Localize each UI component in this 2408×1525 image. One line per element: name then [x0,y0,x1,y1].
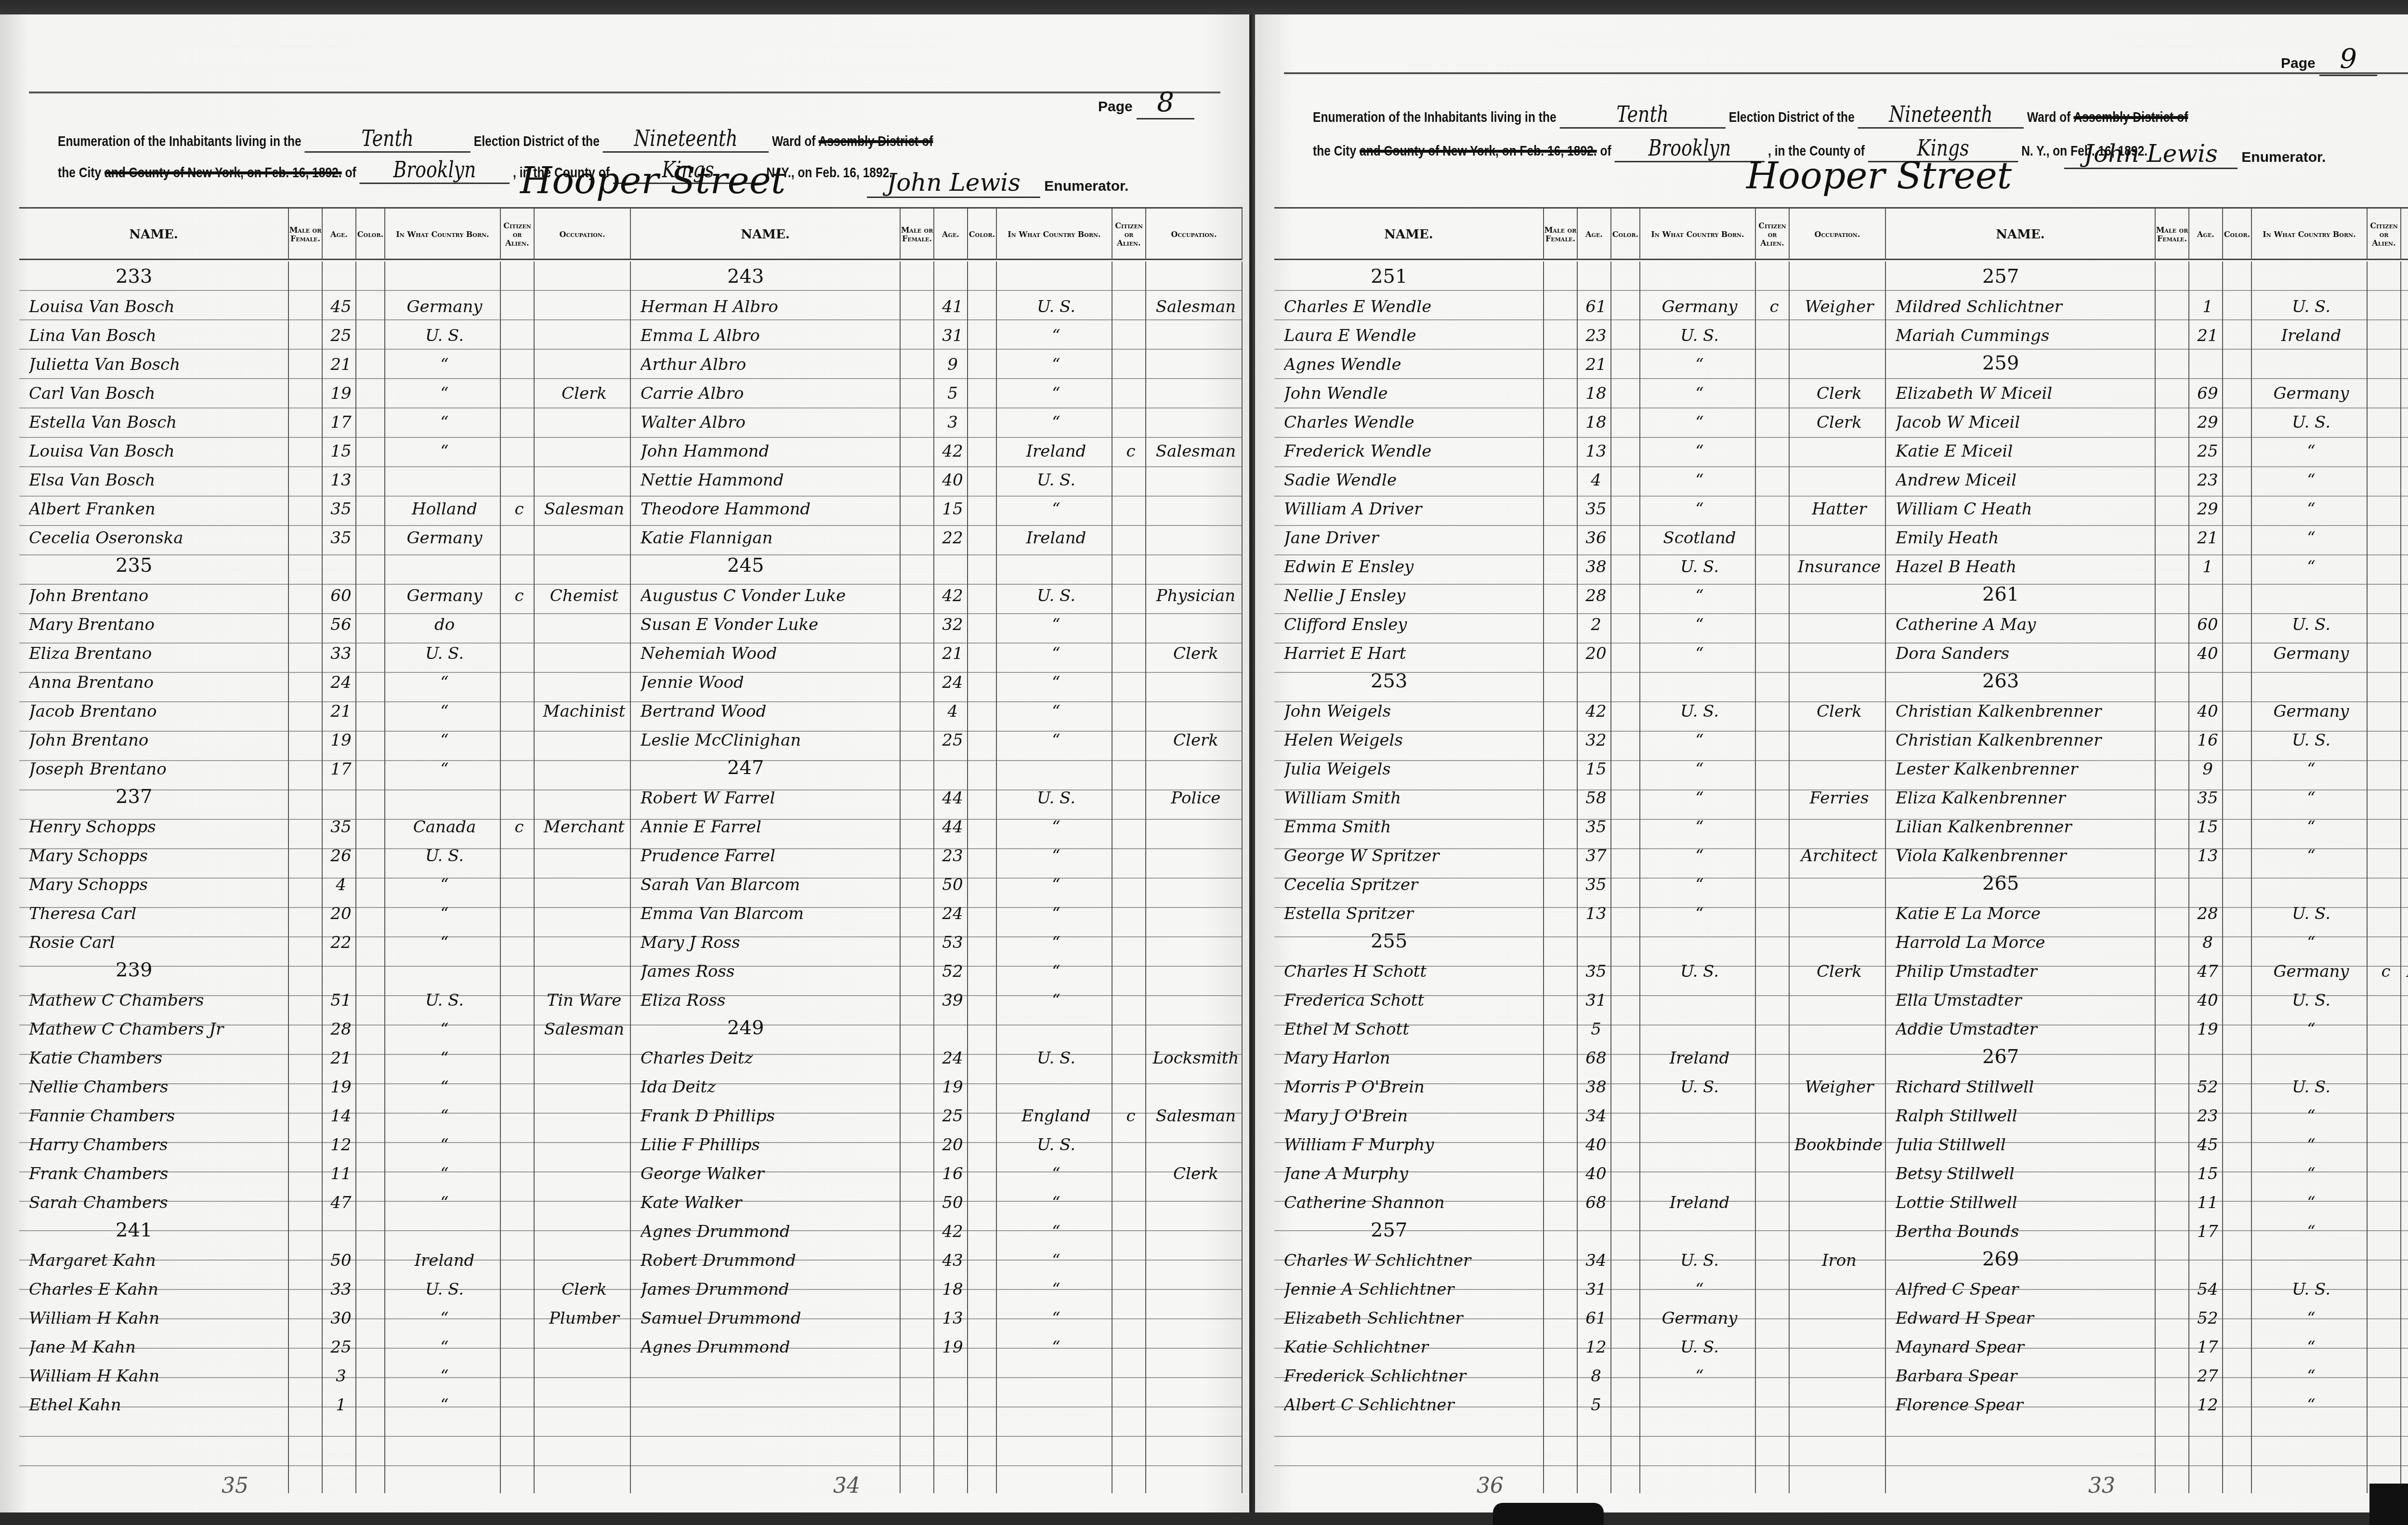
person-row: Harry Chambers12“ [19,1129,631,1157]
dwelling-number: 259 [1982,352,2019,374]
person-row: Louisa Van Bosch45Germany [19,290,631,319]
cell-age: 25 [939,731,966,750]
column-headers: NAME.Male or Female.Age.Color.In What Co… [631,207,1243,260]
cell-name: Nellie Chambers [29,1078,292,1097]
person-row: Ella Umstadter40U. S. [1886,984,2408,1013]
cell-age: 9 [2194,760,2221,779]
cell-age: 13 [327,471,354,490]
dwelling-number-row: 261 [1886,579,2408,608]
person-row: William H Kahn3“ [19,1360,631,1389]
cell-name: Frank D Phillips [641,1106,903,1126]
cell-name: Eliza Brentano [29,644,292,663]
cell-name: Elizabeth W Miceil [1896,384,2159,403]
cell-name: Nettie Hammond [641,471,903,490]
cell-country: “ [390,702,499,721]
cell-name: Robert W Farrel [641,789,903,808]
cell-age: 40 [1583,1135,1610,1155]
person-row: John Weigels42U. S.Clerk [1274,695,1886,724]
cell-occupation: Tin Ware [539,991,629,1010]
person-row: Mariah Cummings21Ireland [1886,319,2408,348]
dwelling-number: 245 [727,554,764,577]
cell-age: 25 [327,326,354,345]
cell-age: 45 [327,297,354,316]
cell-age: 40 [2194,702,2221,721]
cell-age: 42 [939,586,966,605]
cell-name: Julia Weigels [1284,760,1547,779]
person-row: Elizabeth Schlichtner61Germany [1274,1302,1886,1331]
cell-country: Germany [390,528,499,548]
cell-country: “ [1645,789,1754,808]
cell-name: Frank Chambers [29,1164,292,1183]
column-header-country: In What Country Born. [385,209,501,260]
cell-age: 29 [2194,500,2221,519]
cell-age: 61 [1583,1309,1610,1328]
person-row: Sarah Van Blarcom50“ [631,868,1243,897]
cell-name: Julia Stillwell [1896,1135,2159,1155]
person-row: Charles H Schott35U. S.Clerk [1274,955,1886,984]
cell-country: U. S. [1002,586,1111,605]
cell-country: “ [390,1367,499,1386]
cell-citizen: c [1761,297,1788,316]
cell-name: Charles E Wendle [1284,297,1547,316]
enumerator-line: John Lewis Enumerator. [867,169,1128,198]
cell-country: “ [1002,500,1111,519]
cell-age: 50 [939,1193,966,1212]
person-row: Walter Albro3“ [631,406,1243,435]
cell-occupation: Salesman [2406,500,2408,519]
cell-name: Florence Spear [1896,1395,2159,1415]
cell-name: Katie Flannigan [641,528,903,548]
cell-name: Nellie J Ensley [1284,586,1547,605]
dwelling-number: 247 [727,757,764,779]
binder-clip [1493,1503,1604,1525]
person-row: Eliza Ross39“ [631,984,1243,1013]
cell-name: Lottie Stillwell [1896,1193,2159,1212]
cell-name: Ida Deitz [641,1078,903,1097]
cell-age: 23 [2194,1106,2221,1126]
cell-name: Mary J O'Brein [1284,1106,1547,1126]
person-row: Sadie Wendle4“ [1274,464,1886,493]
cell-name: Robert Drummond [641,1251,903,1270]
person-row: Frederick Schlichtner8“ [1274,1360,1886,1389]
cell-age: 35 [1583,500,1610,519]
person-row: Bertrand Wood4“ [631,695,1243,724]
cell-name: Emma Smith [1284,817,1547,837]
person-row: Jacob Brentano21“Machinist [19,695,631,724]
cell-age: 52 [939,962,966,981]
person-row: Elizabeth W Miceil69Germany [1886,377,2408,406]
column-header-sex: Male or Female. [1544,209,1578,260]
cell-country: “ [390,1164,499,1183]
cell-name: Mathew C Chambers Jr [29,1020,292,1039]
cell-age: 41 [939,297,966,316]
cell-country: “ [2257,1193,2366,1212]
ledger-table: NAME.Male or Female.Age.Color.In What Co… [1274,207,2408,1493]
cell-occupation: Insurance [1794,557,1884,577]
person-row: Julia Stillwell45“ [1886,1129,2408,1157]
cell-country: “ [2257,557,2366,577]
cell-name: Mary Schopps [29,875,292,894]
cell-age: 3 [939,413,966,432]
person-row: Nehemiah Wood21“Clerk [631,637,1243,666]
cell-name: Charles H Schott [1284,962,1547,981]
page-column-total: 35 [222,1473,249,1498]
column-header-color: Color. [356,209,385,260]
cell-name: Dora Sanders [1896,644,2159,663]
person-row: Mary Harlon68Ireland [1274,1042,1886,1071]
column-header-occupation: Occupation. [1146,209,1243,260]
person-row: Susan E Vonder Luke32“ [631,608,1243,637]
person-row: Mary Schopps26U. S. [19,840,631,868]
column-header-occupation: Occupation. [535,209,631,260]
person-row: Agnes Drummond19“ [631,1331,1243,1360]
cell-country: “ [1002,817,1111,837]
cell-country: “ [2257,1020,2366,1039]
dwelling-number: 237 [116,786,152,808]
left-page: Page 8 Enumeration of the Inhabitants li… [0,14,1252,1512]
cell-name: Julietta Van Bosch [29,355,292,374]
cell-name: Estella Spritzer [1284,904,1547,923]
cell-age: 50 [327,1251,354,1270]
person-row: Robert W Farrel44U. S.Police [631,782,1243,811]
cell-country: “ [2257,1367,2366,1386]
cell-country: Ireland [1002,442,1111,461]
cell-age: 13 [939,1309,966,1328]
cell-occupation: Salesman [539,1020,629,1039]
cell-name: Samuel Drummond [641,1309,903,1328]
person-row: Herman H Albro41U. S.Salesman [631,290,1243,319]
cell-age: 34 [1583,1251,1610,1270]
cell-country: “ [1002,904,1111,923]
cell-age: 40 [2194,991,2221,1010]
person-row: William C Heath29“Salesman [1886,493,2408,522]
cell-country: “ [1645,615,1754,634]
cell-country: “ [1002,1338,1111,1357]
cell-country: “ [1002,615,1111,634]
column-header-country: In What Country Born. [1640,209,1756,260]
cell-age: 20 [1583,644,1610,663]
dwelling-number: 249 [727,1017,764,1039]
cell-age: 22 [939,528,966,548]
cell-country: U. S. [1002,1049,1111,1068]
column-headers: NAME.Male or Female.Age.Color.In What Co… [19,207,631,260]
person-row: Nellie J Ensley28“ [1274,579,1886,608]
cell-occupation: Clerk [2406,731,2408,750]
cell-name: Addie Umstadter [1896,1020,2159,1039]
cell-age: 60 [2194,615,2221,634]
cell-country: U. S. [390,644,499,663]
cell-age: 69 [2194,384,2221,403]
enumerator-name: John Lewis [867,169,1040,198]
person-row: Andrew Miceil23“Butcher [1886,464,2408,493]
person-row: Katie E Miceil25“ [1886,435,2408,464]
cell-age: 24 [939,1049,966,1068]
cell-age: 32 [1583,731,1610,750]
dwelling-number-row: 241 [19,1215,631,1244]
cell-country: “ [1645,846,1754,866]
cell-age: 17 [2194,1222,2221,1241]
column-header-citizen: Citizen or Alien. [1112,209,1146,260]
cell-country: U. S. [1645,1078,1754,1097]
cell-occupation: Clerk [539,1280,629,1299]
cell-name: Sadie Wendle [1284,471,1547,490]
cell-name: Harrold La Morce [1896,933,2159,952]
cell-country: “ [1002,1280,1111,1299]
cell-occupation: Architect [1794,846,1884,866]
person-row: John Wendle18“Clerk [1274,377,1886,406]
cell-age: 12 [1583,1338,1610,1357]
cell-age: 15 [2194,1164,2221,1183]
dwelling-number-row: 247 [631,753,1243,782]
dwelling-number: 243 [727,265,764,288]
cell-name: Margaret Kahn [29,1251,292,1270]
cell-age: 24 [939,673,966,692]
dwelling-number-row: 263 [1886,666,2408,695]
cell-name: John Hammond [641,442,903,461]
cell-name: Ethel M Schott [1284,1020,1547,1039]
person-row: Eliza Brentano33U. S. [19,637,631,666]
ward-value: Nineteenth [1858,101,2024,129]
person-row: Catherine A May60U. S. [1886,608,2408,637]
cell-name: Harry Chambers [29,1135,292,1155]
person-row: Rosie Carl22“ [19,926,631,955]
cell-age: 19 [939,1338,966,1357]
dwelling-number: 251 [1371,265,1407,288]
cell-age: 35 [1583,875,1610,894]
cell-age: 25 [327,1338,354,1357]
cell-country: “ [1645,731,1754,750]
cell-age: 38 [1583,1078,1610,1097]
person-row: Elsa Van Bosch13 [19,464,631,493]
cell-country: “ [390,1395,499,1415]
cell-age: 11 [327,1164,354,1183]
cell-country: Germany [1645,1309,1754,1328]
cell-name: Charles Deitz [641,1049,903,1068]
cell-country: “ [1002,933,1111,952]
page-column-total: 33 [2088,1473,2115,1498]
cell-age: 29 [2194,413,2221,432]
cell-age: 42 [939,442,966,461]
person-row: John Hammond42IrelandcSalesman [631,435,1243,464]
cell-country: Scotland [1645,528,1754,548]
column-header-color: Color. [968,209,997,260]
cell-country: “ [1002,326,1111,345]
cell-age: 26 [327,846,354,866]
cell-name: Rosie Carl [29,933,292,952]
person-row: Leslie McClinighan25“Clerk [631,724,1243,753]
cell-age: 27 [2194,1367,2221,1386]
dwelling-number-row: 245 [631,551,1243,579]
person-row: Ethel Kahn1“ [19,1389,631,1418]
person-row: Barbara Spear27“ [1886,1360,2408,1389]
column-header-country: In What Country Born. [2252,209,2368,260]
person-row: Margaret Kahn50Ireland [19,1244,631,1273]
column-header-age: Age. [323,209,356,260]
cell-age: 53 [939,933,966,952]
cell-name: John Wendle [1284,384,1547,403]
cell-occupation: Physician [1151,586,1241,605]
person-row: George W Spritzer37“Architect [1274,840,1886,868]
person-row: William A Driver35“Hatter [1274,493,1886,522]
cell-country: U. S. [390,326,499,345]
cell-country: “ [2257,1164,2366,1183]
person-row: Harriet E Hart20“ [1274,637,1886,666]
cell-age: 36 [1583,528,1610,548]
column-header-occupation: Occupation. [2401,209,2408,260]
cell-country: Germany [2257,702,2366,721]
dwelling-number-row: 267 [1886,1042,2408,1071]
dwelling-number-row: 251 [1274,262,1886,290]
cell-name: Frederick Schlichtner [1284,1367,1547,1386]
person-row: Mary Schopps4“ [19,868,631,897]
cell-country: “ [1002,1164,1111,1183]
cell-name: Katie Schlichtner [1284,1338,1547,1357]
person-row: Fannie Chambers14“ [19,1100,631,1129]
cell-country: “ [1645,471,1754,490]
cell-occupation: Japanner [2406,702,2408,721]
cell-name: James Ross [641,962,903,981]
cell-name: Jane Driver [1284,528,1547,548]
cell-country: “ [1645,904,1754,923]
person-row: Estella Spritzer13“ [1274,897,1886,926]
cell-country: Ireland [1645,1193,1754,1212]
cell-name: Susan E Vonder Luke [641,615,903,634]
person-row: Frank D Phillips25EnglandcSalesman [631,1100,1243,1129]
dwelling-number: 233 [116,265,152,288]
cell-country: “ [390,1049,499,1068]
cell-name: Mildred Schlichtner [1896,297,2159,316]
person-row: Lottie Stillwell11“ [1886,1186,2408,1215]
person-row: Charles Deitz24U. S.Locksmith [631,1042,1243,1071]
street-name: Hooper Street [520,159,785,202]
dwelling-number-row: 243 [631,262,1243,290]
cell-country: Canada [390,817,499,837]
column-headers: NAME.Male or Female.Age.Color.In What Co… [1886,207,2408,260]
cell-age: 44 [939,789,966,808]
cell-country: U. S. [2257,731,2366,750]
person-row: Edwin E Ensley38U. S.Insurance [1274,551,1886,579]
cell-country: “ [1645,442,1754,461]
person-row: Ralph Stillwell23“Hardware [1886,1100,2408,1129]
cell-age: 38 [1583,557,1610,577]
cell-age: 18 [939,1280,966,1299]
cell-occupation: Merchant [539,817,629,837]
cell-country: “ [390,442,499,461]
cell-name: Mary J Ross [641,933,903,952]
dwelling-number-row: 237 [19,782,631,811]
cell-name: Katie E Miceil [1896,442,2159,461]
cell-occupation: Machinist [539,702,629,721]
cell-name: John Brentano [29,731,292,750]
cell-name: Nehemiah Wood [641,644,903,663]
cell-occupation: Chemist [539,586,629,605]
person-row: Katie Chambers21“ [19,1042,631,1071]
person-row: Emily Heath21“ [1886,522,2408,551]
cell-age: 5 [1583,1020,1610,1039]
person-row: John Brentano19“ [19,724,631,753]
cell-country: “ [2257,846,2366,866]
cell-name: William C Heath [1896,500,2159,519]
person-row: Maynard Spear17“ [1886,1331,2408,1360]
cell-name: Prudence Farrel [641,846,903,866]
column-header-sex: Male or Female. [901,209,934,260]
person-row: Nellie Chambers19“ [19,1071,631,1100]
dwelling-number-row: 235 [19,551,631,579]
cell-name: Emma Van Blarcom [641,904,903,923]
cell-name: Albert C Schlichtner [1284,1395,1547,1415]
column-header-occupation: Occupation. [1790,209,1886,260]
cell-country: Germany [2257,962,2366,981]
cell-name: Theodore Hammond [641,500,903,519]
header-line-1: Enumeration of the Inhabitants living in… [58,125,1019,153]
cell-age: 13 [1583,904,1610,923]
cell-age: 23 [1583,326,1610,345]
cell-age: 1 [327,1395,354,1415]
cell-age: 3 [327,1367,354,1386]
cell-name: Lina Van Bosch [29,326,292,345]
ledger-half: NAME.Male or Female.Age.Color.In What Co… [1274,207,1886,1493]
enumerator-line: John Lewis Enumerator. [2064,140,2326,169]
column-header-age: Age. [2189,209,2223,260]
cell-country: “ [390,413,499,432]
cell-name: Anna Brentano [29,673,292,692]
cell-age: 35 [327,817,354,837]
cell-name: Helen Weigels [1284,731,1547,750]
cell-age: 43 [939,1251,966,1270]
cell-age: 4 [1583,471,1610,490]
cell-country: “ [390,384,499,403]
cell-name: Ralph Stillwell [1896,1106,2159,1126]
cell-country: “ [1002,846,1111,866]
cell-name: Edwin E Ensley [1284,557,1547,577]
cell-age: 8 [1583,1367,1610,1386]
cell-name: Sarah Chambers [29,1193,292,1212]
cell-country: Germany [390,586,499,605]
cell-occupation: Plumber [539,1309,629,1328]
cell-age: 47 [327,1193,354,1212]
cell-age: 40 [1583,1164,1610,1183]
person-row: Samuel Drummond13“ [631,1302,1243,1331]
cell-age: 47 [2194,962,2221,981]
cell-occupation: Clerk [539,384,629,403]
cell-country: U. S. [2257,615,2366,634]
cell-name: Sarah Van Blarcom [641,875,903,894]
cell-name: Christian Kalkenbrenner [1896,731,2159,750]
cell-name: Viola Kalkenbrenner [1896,846,2159,866]
person-row: Bertha Bounds17“ [1886,1215,2408,1244]
page-header: Page 8 Enumeration of the Inhabitants li… [0,14,1249,207]
cell-occupation: Hatter [1794,500,1884,519]
cell-name: Maynard Spear [1896,1338,2159,1357]
cell-age: 15 [2194,817,2221,837]
person-row: William H Kahn30“Plumber [19,1302,631,1331]
cell-age: 16 [939,1164,966,1183]
cell-country: “ [2257,442,2366,461]
dwelling-number: 241 [116,1219,152,1241]
column-header-citizen: Citizen or Alien. [1756,209,1790,260]
cell-occupation: Pilot [2406,1078,2408,1097]
cell-age: 56 [327,615,354,634]
cell-country: “ [1002,413,1111,432]
cell-name: Charles E Kahn [29,1280,292,1299]
cell-name: Carl Van Bosch [29,384,292,403]
dwelling-number-row: 259 [1886,348,2408,377]
cell-name: Mary Harlon [1284,1049,1547,1068]
cell-age: 13 [1583,442,1610,461]
cell-citizen: c [2372,962,2399,981]
cell-name: Leslie McClinighan [641,731,903,750]
page-column-total: 36 [1477,1473,1504,1498]
